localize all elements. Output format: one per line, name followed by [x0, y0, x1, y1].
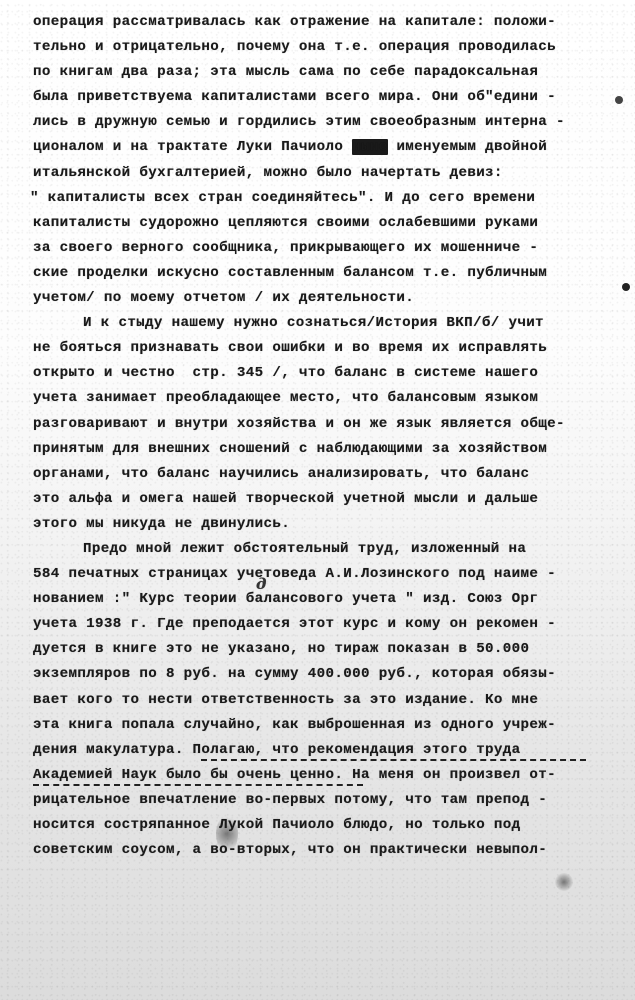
- text-line: за своего верного сообщника, прикрывающе…: [33, 236, 613, 261]
- text-line: принятым для внешних сношений с наблюдаю…: [33, 437, 613, 462]
- text-line: эта книга попала случайно, как выброшенн…: [33, 713, 613, 738]
- dashed-underline: [201, 759, 586, 761]
- corrected-segment: ове: [272, 566, 299, 582]
- text-line: капиталисты судорожно цепляются своими о…: [33, 211, 613, 236]
- text-line: открыто и честно стр. 345 /, что баланс …: [33, 361, 613, 386]
- text-line: этого мы никуда не двинулись.: [33, 512, 613, 537]
- ink-speck: [615, 96, 623, 104]
- text-line: вает кого то нести ответственность за эт…: [33, 688, 613, 713]
- text-line: операция рассматривалась как отражение н…: [33, 10, 613, 35]
- text-segment: 584 печатных страницах учет: [33, 566, 272, 582]
- text-segment: дения макулатура. Полагаю, что рекоменда…: [33, 742, 521, 758]
- text-line: по книгам два раза; эта мысль сама по се…: [33, 60, 613, 85]
- text-line: разговаривают и внутри хозяйства и он же…: [33, 412, 613, 437]
- text-line: советским соусом, а во-вторых, что он пр…: [33, 838, 613, 863]
- text-line: " капиталисты всех стран соединяйтесь". …: [30, 186, 613, 211]
- text-line: нованием :" Курс теории балансового учет…: [33, 587, 613, 612]
- text-segment: Академией Наук было бы очень ценно. На м…: [33, 767, 556, 783]
- ink-speck: [622, 283, 630, 291]
- ink-smudge: [555, 873, 573, 891]
- text-line-with-correction: 584 печатных страницах учетоведа А.И.Лоз…: [33, 562, 613, 587]
- underlined-text-line: дения макулатура. Полагаю, что рекоменда…: [33, 738, 613, 763]
- dashed-underline: [33, 784, 363, 786]
- paragraph-start-line: Предо мной лежит обстоятельный труд, изл…: [33, 537, 613, 562]
- underlined-text-line: Академией Наук было бы очень ценно. На м…: [33, 763, 613, 788]
- text-line: учета занимает преобладающее место, что …: [33, 386, 613, 411]
- text-line: ские проделки искусно составленным балан…: [33, 261, 613, 286]
- text-line: итальянской бухгалтерией, можно было нач…: [33, 161, 613, 186]
- text-line: носится состряпанное Лукой Пачиоло блюдо…: [33, 813, 613, 838]
- text-line: тельно и отрицательно, почему она т.е. о…: [33, 35, 613, 60]
- text-line: рицательное впечатление во-первых потому…: [33, 788, 613, 813]
- typewritten-text: операция рассматривалась как отражение н…: [33, 10, 613, 863]
- text-line: не бояться признавать свои ошибки и во в…: [33, 336, 613, 361]
- text-line: дуется в книге это не указано, но тираж …: [33, 637, 613, 662]
- text-line: экземпляров по 8 руб. на сумму 400.000 р…: [33, 662, 613, 687]
- document-page: операция рассматривалась как отражение н…: [0, 0, 635, 1000]
- text-line: учетом/ по моему отчетом / их деятельнос…: [33, 286, 613, 311]
- text-segment: да А.И.Лозинского под наиме -: [299, 566, 556, 582]
- text-segment: именуемым двойной: [388, 139, 548, 155]
- text-line: органами, что баланс научились анализиро…: [33, 462, 613, 487]
- text-line: лись в дружную семью и гордились этим св…: [33, 110, 613, 135]
- text-line: это альфа и омега нашей творческой учетн…: [33, 487, 613, 512]
- paragraph-start-line: И к стыду нашему нужно сознаться/История…: [33, 311, 613, 336]
- struck-word: ныне: [352, 139, 387, 155]
- text-segment: ционалом и на трактате Луки Пачиоло: [33, 139, 352, 155]
- text-line: учета 1938 г. Где преподается этот курс …: [33, 612, 613, 637]
- text-line-with-strikeout: ционалом и на трактате Луки Пачиоло ныне…: [33, 135, 613, 160]
- text-line: была приветствуема капиталистами всего м…: [33, 85, 613, 110]
